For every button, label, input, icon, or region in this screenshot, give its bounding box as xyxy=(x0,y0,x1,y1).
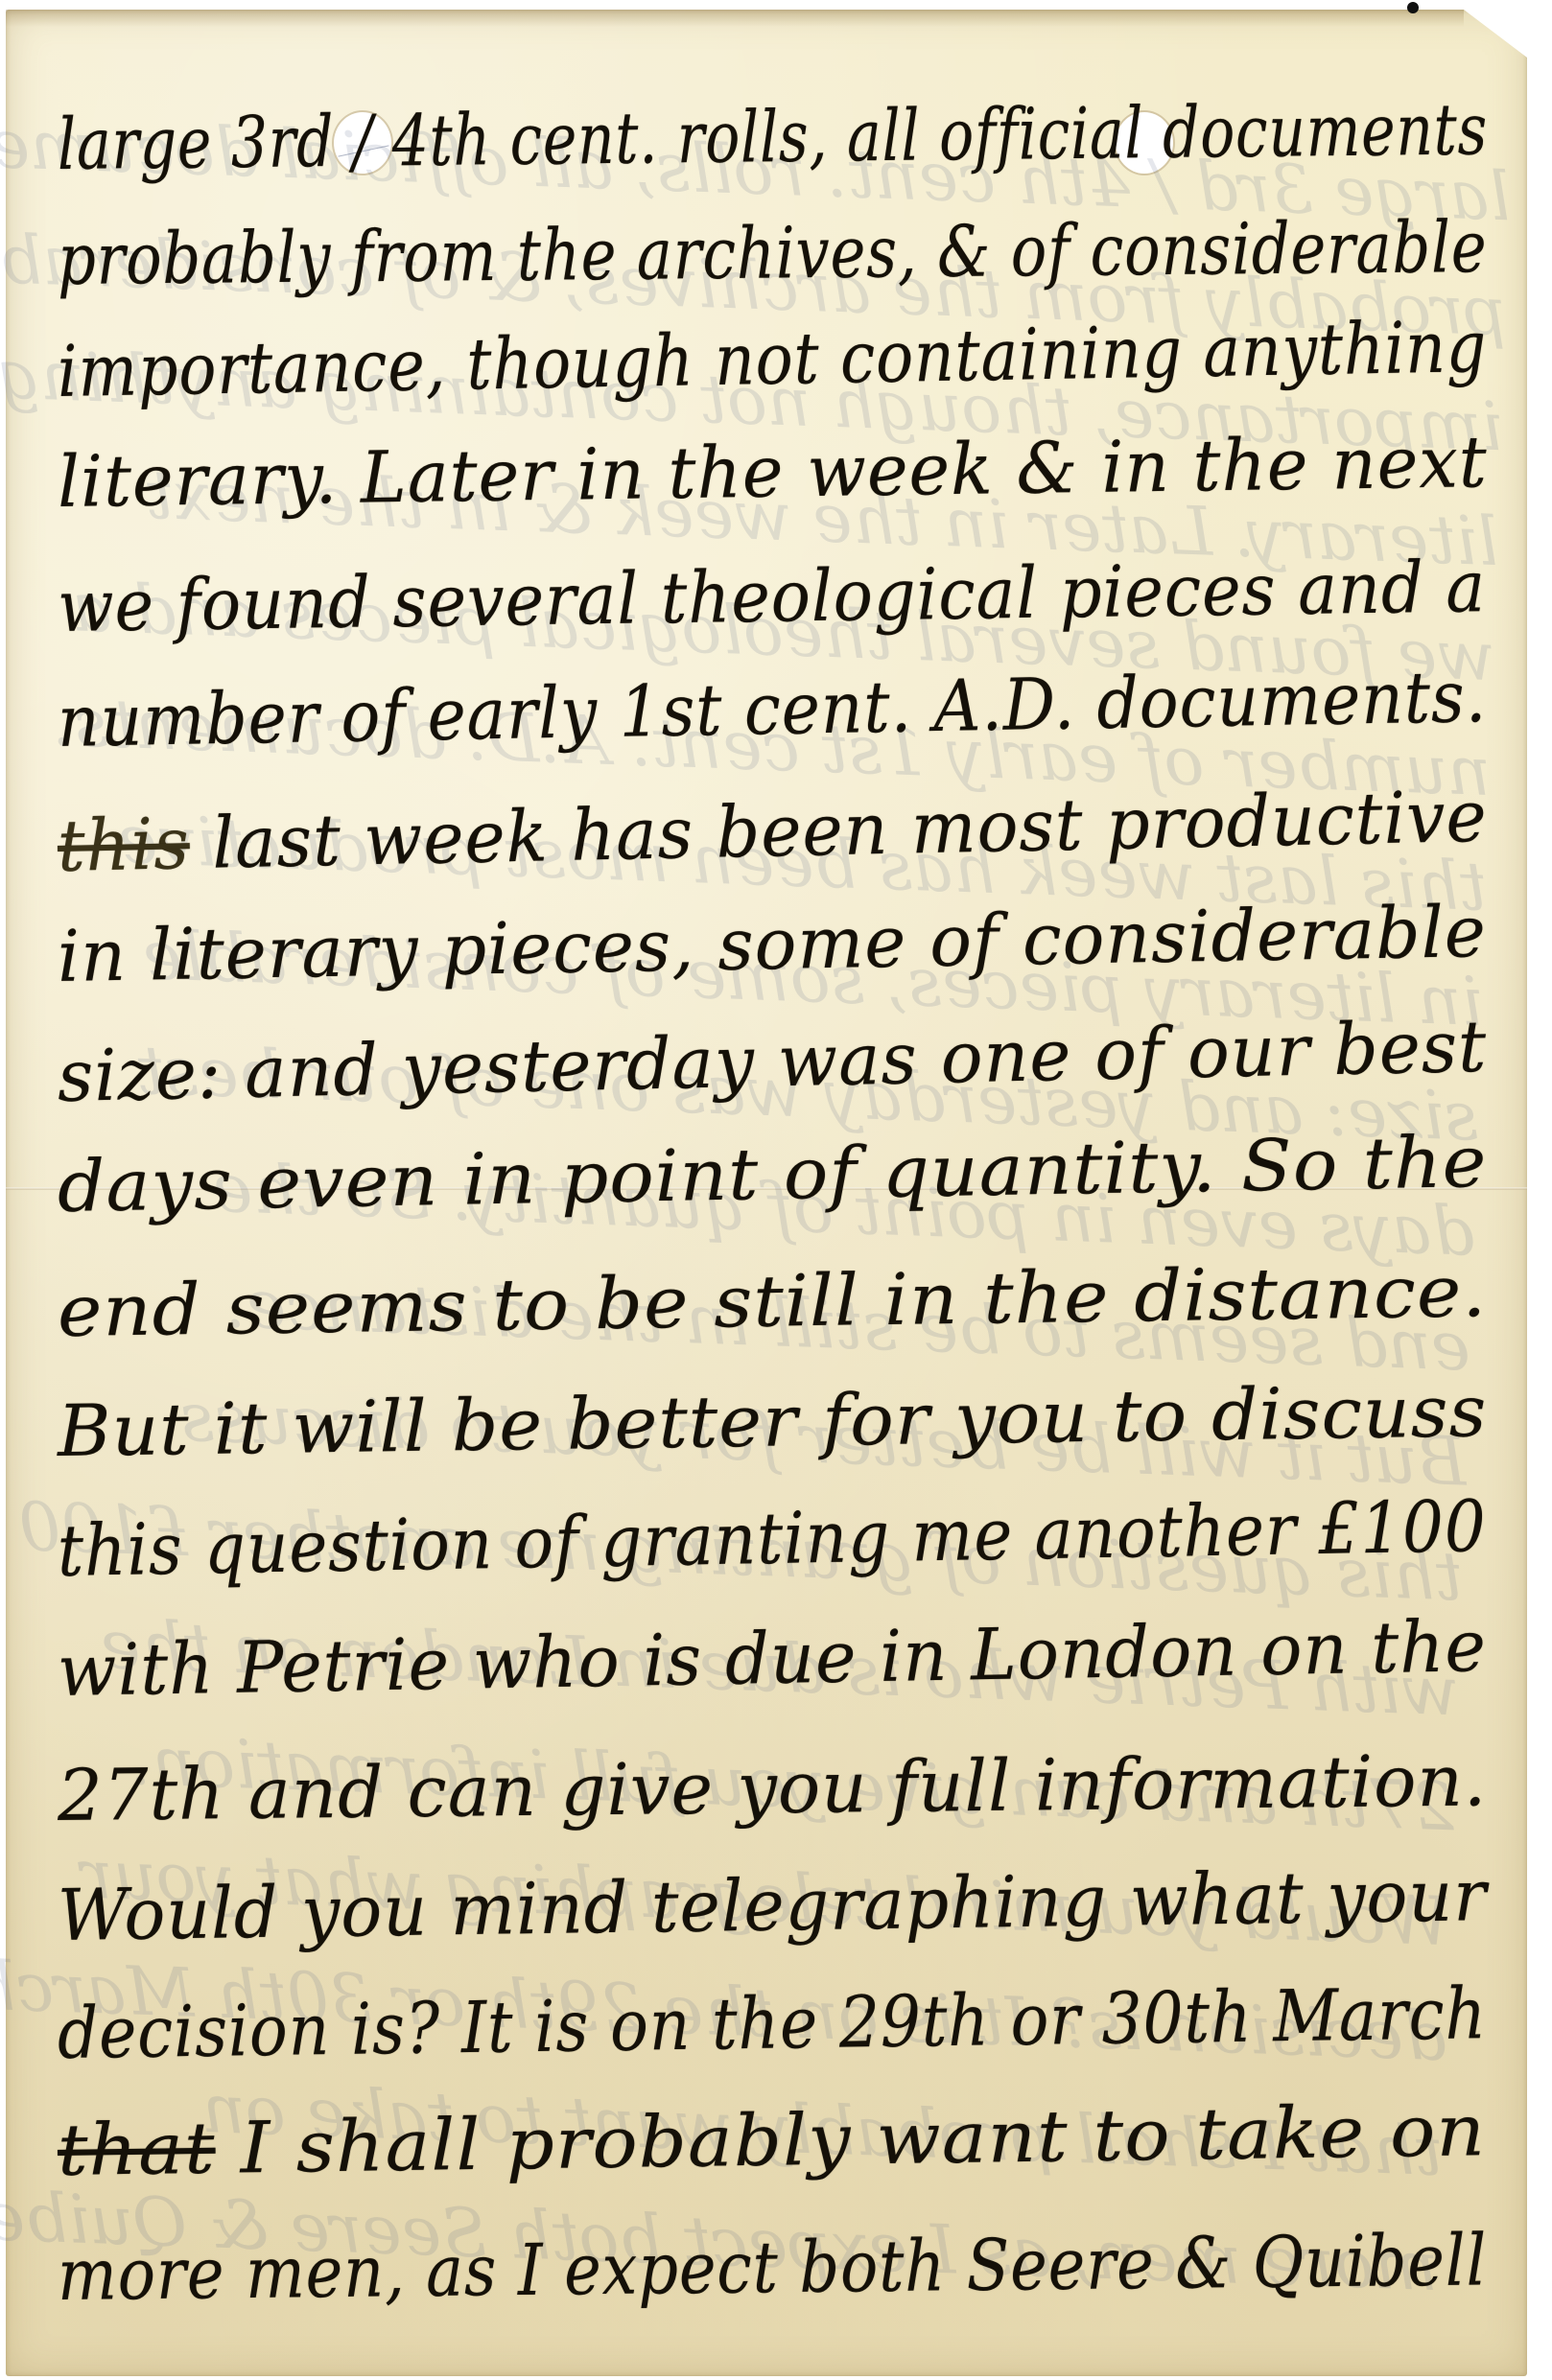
line-text: size: and yesterday was one of our best xyxy=(57,1006,1488,1118)
struck-out-word: that xyxy=(57,2108,216,2192)
text-line-7: this last week has been most productive xyxy=(57,776,1488,888)
line-text: in literary pieces, some of considerable xyxy=(57,891,1487,998)
text-line-19: more men, as I expect both Seere & Quibe… xyxy=(58,2219,1488,2317)
line-text: last week has been most productive xyxy=(211,776,1488,885)
line-text: days even in point of quantity. So the xyxy=(57,1121,1488,1228)
line-text: we found several theological pieces and … xyxy=(57,546,1486,648)
text-line-1: large 3rd / 4th cent. rolls, all officia… xyxy=(58,88,1489,186)
line-text: decision is? It is on the 29th or 30th M… xyxy=(57,1972,1487,2075)
line-text: with Petrie who is due in London on the xyxy=(57,1605,1487,1713)
text-line-10: days even in point of quantity. So the xyxy=(57,1121,1488,1228)
line-text: I shall probably want to take on xyxy=(240,2089,1487,2189)
line-text: importance, though not containing anythi… xyxy=(57,306,1488,413)
text-line-18: that I shall probably want to take on xyxy=(57,2089,1486,2192)
text-line-6: number of early 1st cent. A.D. documents… xyxy=(57,656,1487,763)
text-line-17: decision is? It is on the 29th or 30th M… xyxy=(57,1972,1487,2075)
line-text: probably from the archives, & of conside… xyxy=(58,206,1488,301)
text-line-12: But it will be better for you to discuss xyxy=(57,1370,1487,1473)
line-text: this question of granting me another £10… xyxy=(57,1485,1487,1593)
line-text: literary. Later in the week & in the nex… xyxy=(57,421,1488,524)
text-line-2: probably from the archives, & of conside… xyxy=(58,206,1488,301)
text-line-9: size: and yesterday was one of our best xyxy=(57,1006,1488,1118)
line-text: large 3rd / 4th cent. rolls, all officia… xyxy=(58,88,1489,186)
text-line-14: with Petrie who is due in London on the xyxy=(57,1605,1487,1713)
struck-out-word: this xyxy=(57,803,191,888)
text-line-8: in literary pieces, some of considerable xyxy=(57,891,1487,998)
handwritten-text-body: large 3rd / 4th cent. rolls, all officia… xyxy=(0,0,1552,2380)
line-text: end seems to be still in the distance. xyxy=(57,1250,1487,1353)
line-text: more men, as I expect both Seere & Quibe… xyxy=(58,2219,1488,2317)
line-text: Would you mind telegraphing what your xyxy=(57,1855,1487,1957)
text-line-5: we found several theological pieces and … xyxy=(57,546,1486,648)
line-text: number of early 1st cent. A.D. documents… xyxy=(57,656,1487,763)
line-text: 27th and can give you full information. xyxy=(58,1739,1488,1837)
text-line-15: 27th and can give you full information. xyxy=(58,1739,1488,1837)
line-text: But it will be better for you to discuss xyxy=(57,1370,1487,1473)
text-line-16: Would you mind telegraphing what your xyxy=(57,1855,1487,1957)
text-line-4: literary. Later in the week & in the nex… xyxy=(57,421,1488,524)
text-line-13: this question of granting me another £10… xyxy=(57,1485,1487,1593)
text-line-3: importance, though not containing anythi… xyxy=(57,306,1488,413)
text-line-11: end seems to be still in the distance. xyxy=(57,1250,1487,1353)
